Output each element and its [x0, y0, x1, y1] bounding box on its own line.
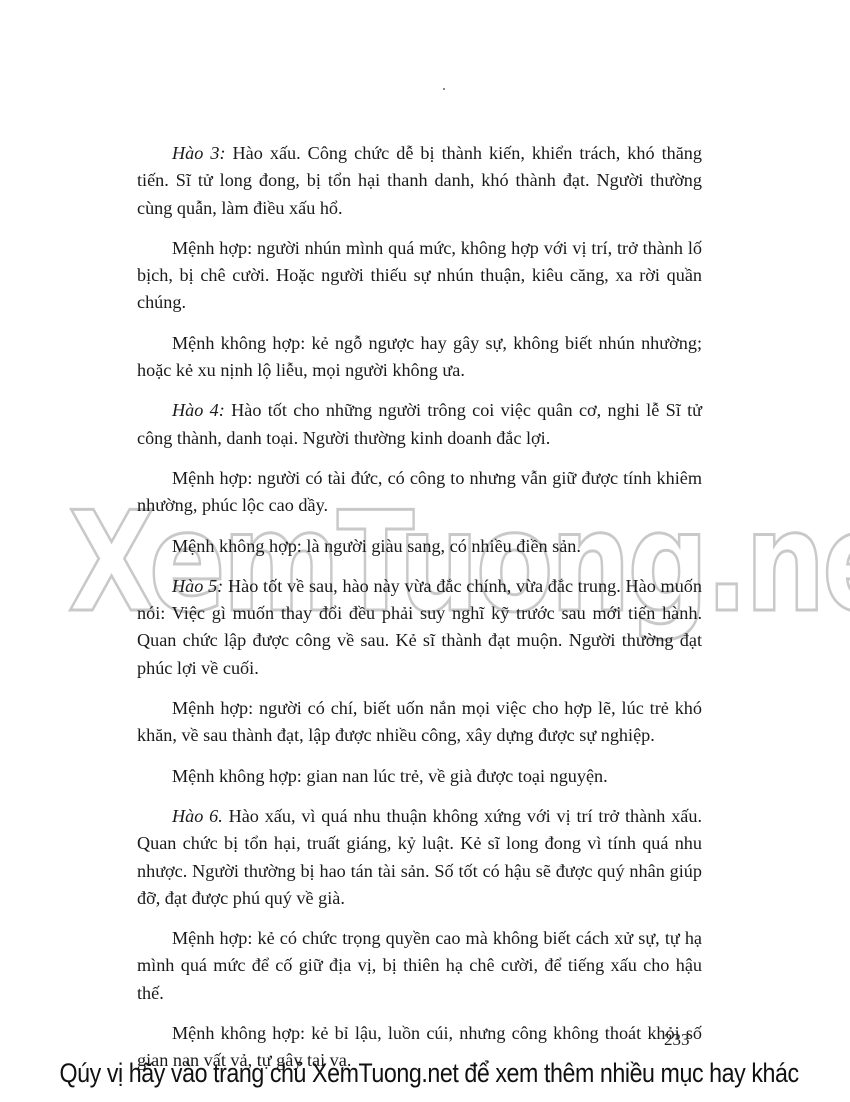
paragraph-hao-3-menh-khong-hop: Mệnh không hợp: kẻ ngỗ ngược hay gây sự,… — [137, 330, 702, 385]
paragraph-hao-4-menh-khong-hop: Mệnh không hợp: là người giàu sang, có n… — [137, 533, 702, 560]
paragraph-hao-5-menh-hop: Mệnh hợp: người có chí, biết uốn nắn mọi… — [137, 695, 702, 750]
footer-banner: Qúy vị hãy vào trang chủ XemTuong.net để… — [60, 1058, 791, 1089]
document-page: XemTuong.net Hào 3: Hào xấu. Công chức d… — [0, 0, 850, 1102]
paragraph-lead: Hào 5: — [172, 576, 223, 596]
paragraph-lead: Hào 6. — [172, 806, 223, 826]
paragraph-text: Mệnh không hợp: gian nan lúc trẻ, về già… — [172, 766, 608, 786]
paragraph-hao-3: Hào 3: Hào xấu. Công chức dễ bị thành ki… — [137, 140, 702, 222]
paragraph-text: Mệnh không hợp: là người giàu sang, có n… — [172, 536, 581, 556]
paragraph-hao-4: Hào 4: Hào tốt cho những người trông coi… — [137, 397, 702, 452]
paragraph-lead: Hào 4: — [172, 400, 225, 420]
paragraph-hao-4-menh-hop: Mệnh hợp: người có tài đức, có công to n… — [137, 465, 702, 520]
paragraph-hao-5: Hào 5: Hào tốt về sau, hào này vừa đắc c… — [137, 573, 702, 682]
paragraph-lead: Hào 3: — [172, 143, 226, 163]
scan-speck — [443, 88, 445, 90]
page-number: 233 — [664, 1030, 690, 1050]
paragraph-hao-5-menh-khong-hop: Mệnh không hợp: gian nan lúc trẻ, về già… — [137, 763, 702, 790]
paragraph-text: Mệnh không hợp: kẻ ngỗ ngược hay gây sự,… — [137, 333, 702, 380]
document-body: Hào 3: Hào xấu. Công chức dễ bị thành ki… — [137, 140, 702, 1088]
paragraph-text: Mệnh hợp: người có chí, biết uốn nắn mọi… — [137, 698, 702, 745]
paragraph-text: Mệnh hợp: người có tài đức, có công to n… — [137, 468, 702, 515]
paragraph-text: Mệnh hợp: người nhún mình quá mức, không… — [137, 238, 702, 313]
paragraph-hao-6-menh-hop: Mệnh hợp: kẻ có chức trọng quyền cao mà … — [137, 925, 702, 1007]
paragraph-hao-3-menh-hop: Mệnh hợp: người nhún mình quá mức, không… — [137, 235, 702, 317]
paragraph-text: Mệnh hợp: kẻ có chức trọng quyền cao mà … — [137, 928, 702, 1003]
paragraph-hao-6: Hào 6. Hào xấu, vì quá nhu thuận không x… — [137, 803, 702, 912]
